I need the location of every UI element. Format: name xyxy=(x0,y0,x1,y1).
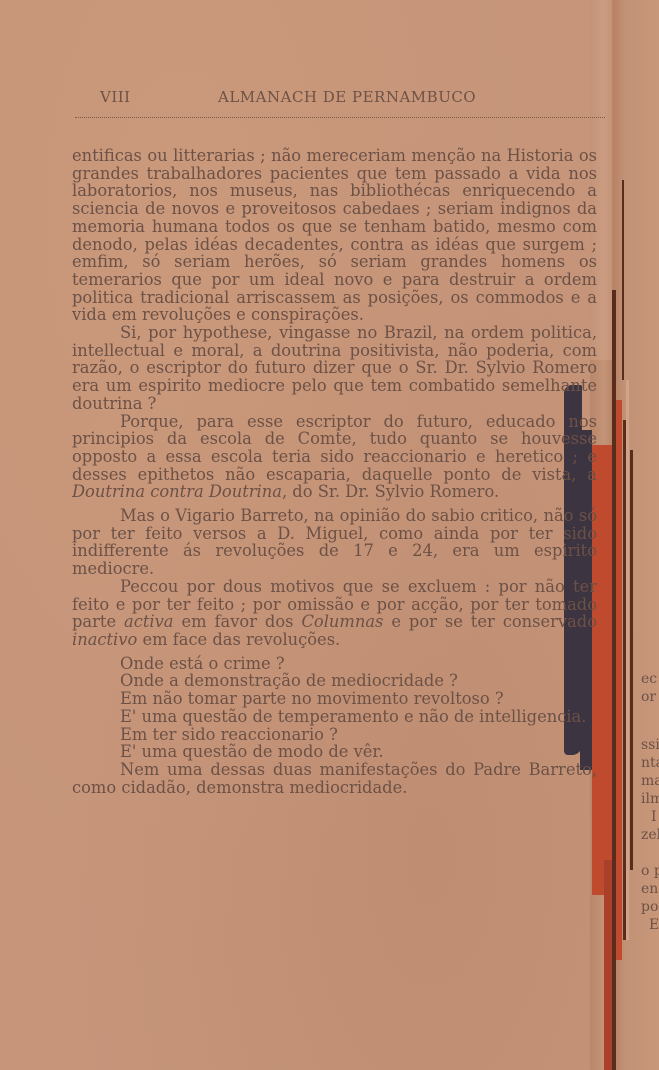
page-number: VIII xyxy=(100,88,131,106)
fragment-text: o pul xyxy=(641,862,659,880)
fragment-text: ssi xyxy=(641,736,659,754)
red-binding-thin xyxy=(616,400,622,960)
fragment-text: nta xyxy=(641,754,659,772)
paragraph: Onde a demonstração de mediocridade ? xyxy=(72,672,597,690)
body-text: entificas ou litterarias ; não mereceria… xyxy=(72,147,597,796)
text-run: , do Sr. Dr. Sylvio Romero. xyxy=(282,482,499,501)
fragment-text: or xyxy=(641,688,659,706)
text-run: em face das revoluções. xyxy=(137,630,340,649)
paragraph: Porque, para esse escriptor do futuro, e… xyxy=(72,413,597,502)
paragraph: entificas ou litterarias ; não mereceria… xyxy=(72,147,597,324)
spine-dark-crease xyxy=(622,180,624,380)
emphasis-italic: Columnas xyxy=(301,612,383,631)
paragraph: Em ter sido reaccionario ? xyxy=(72,726,597,744)
running-title: ALMANACH DE PERNAMBUCO xyxy=(218,88,476,106)
book-title-italic: Doutrina contra Doutrina xyxy=(72,482,282,501)
running-head: VIII ALMANACH DE PERNAMBUCO xyxy=(100,88,600,110)
paragraph: Si, por hypothese, vingasse no Brazil, n… xyxy=(72,324,597,413)
paragraph: Peccou por dous motivos que se excluem :… xyxy=(72,578,597,649)
paragraph: E' uma questão de temperamento e não de … xyxy=(72,708,597,726)
paragraph: Em não tomar parte no movimento revoltos… xyxy=(72,690,597,708)
paragraph: Nem uma dessas duas manifestações do Pad… xyxy=(72,761,597,796)
fragment-text: ma xyxy=(641,772,659,790)
fragment-text: ilm xyxy=(641,790,659,808)
fragment-text: ec xyxy=(641,670,659,688)
fragment-text: zelo xyxy=(641,826,659,844)
binding-line-3 xyxy=(630,450,633,870)
fragment-text: ponta xyxy=(641,898,659,916)
header-rule xyxy=(75,117,605,118)
next-page-fragment: ec or ssi nta ma ilm I zelo o pul encia … xyxy=(641,670,659,934)
fragment-text: I xyxy=(641,808,659,826)
emphasis-italic: inactivo xyxy=(72,630,137,649)
text-run: em favor dos xyxy=(174,612,302,631)
paragraph: Mas o Vigario Barreto, na opinião do sab… xyxy=(72,507,597,578)
fragment-text: E xyxy=(641,916,659,934)
text-run: Porque, para esse escriptor do futuro, e… xyxy=(72,412,597,484)
page-edge-light xyxy=(626,380,629,940)
paragraph: Onde está o crime ? xyxy=(72,655,597,673)
fragment-text: encia xyxy=(641,880,659,898)
text-run: e por se ter conservado xyxy=(383,612,597,631)
paragraph: E' uma questão de modo de vêr. xyxy=(72,743,597,761)
emphasis-italic: activa xyxy=(124,612,173,631)
